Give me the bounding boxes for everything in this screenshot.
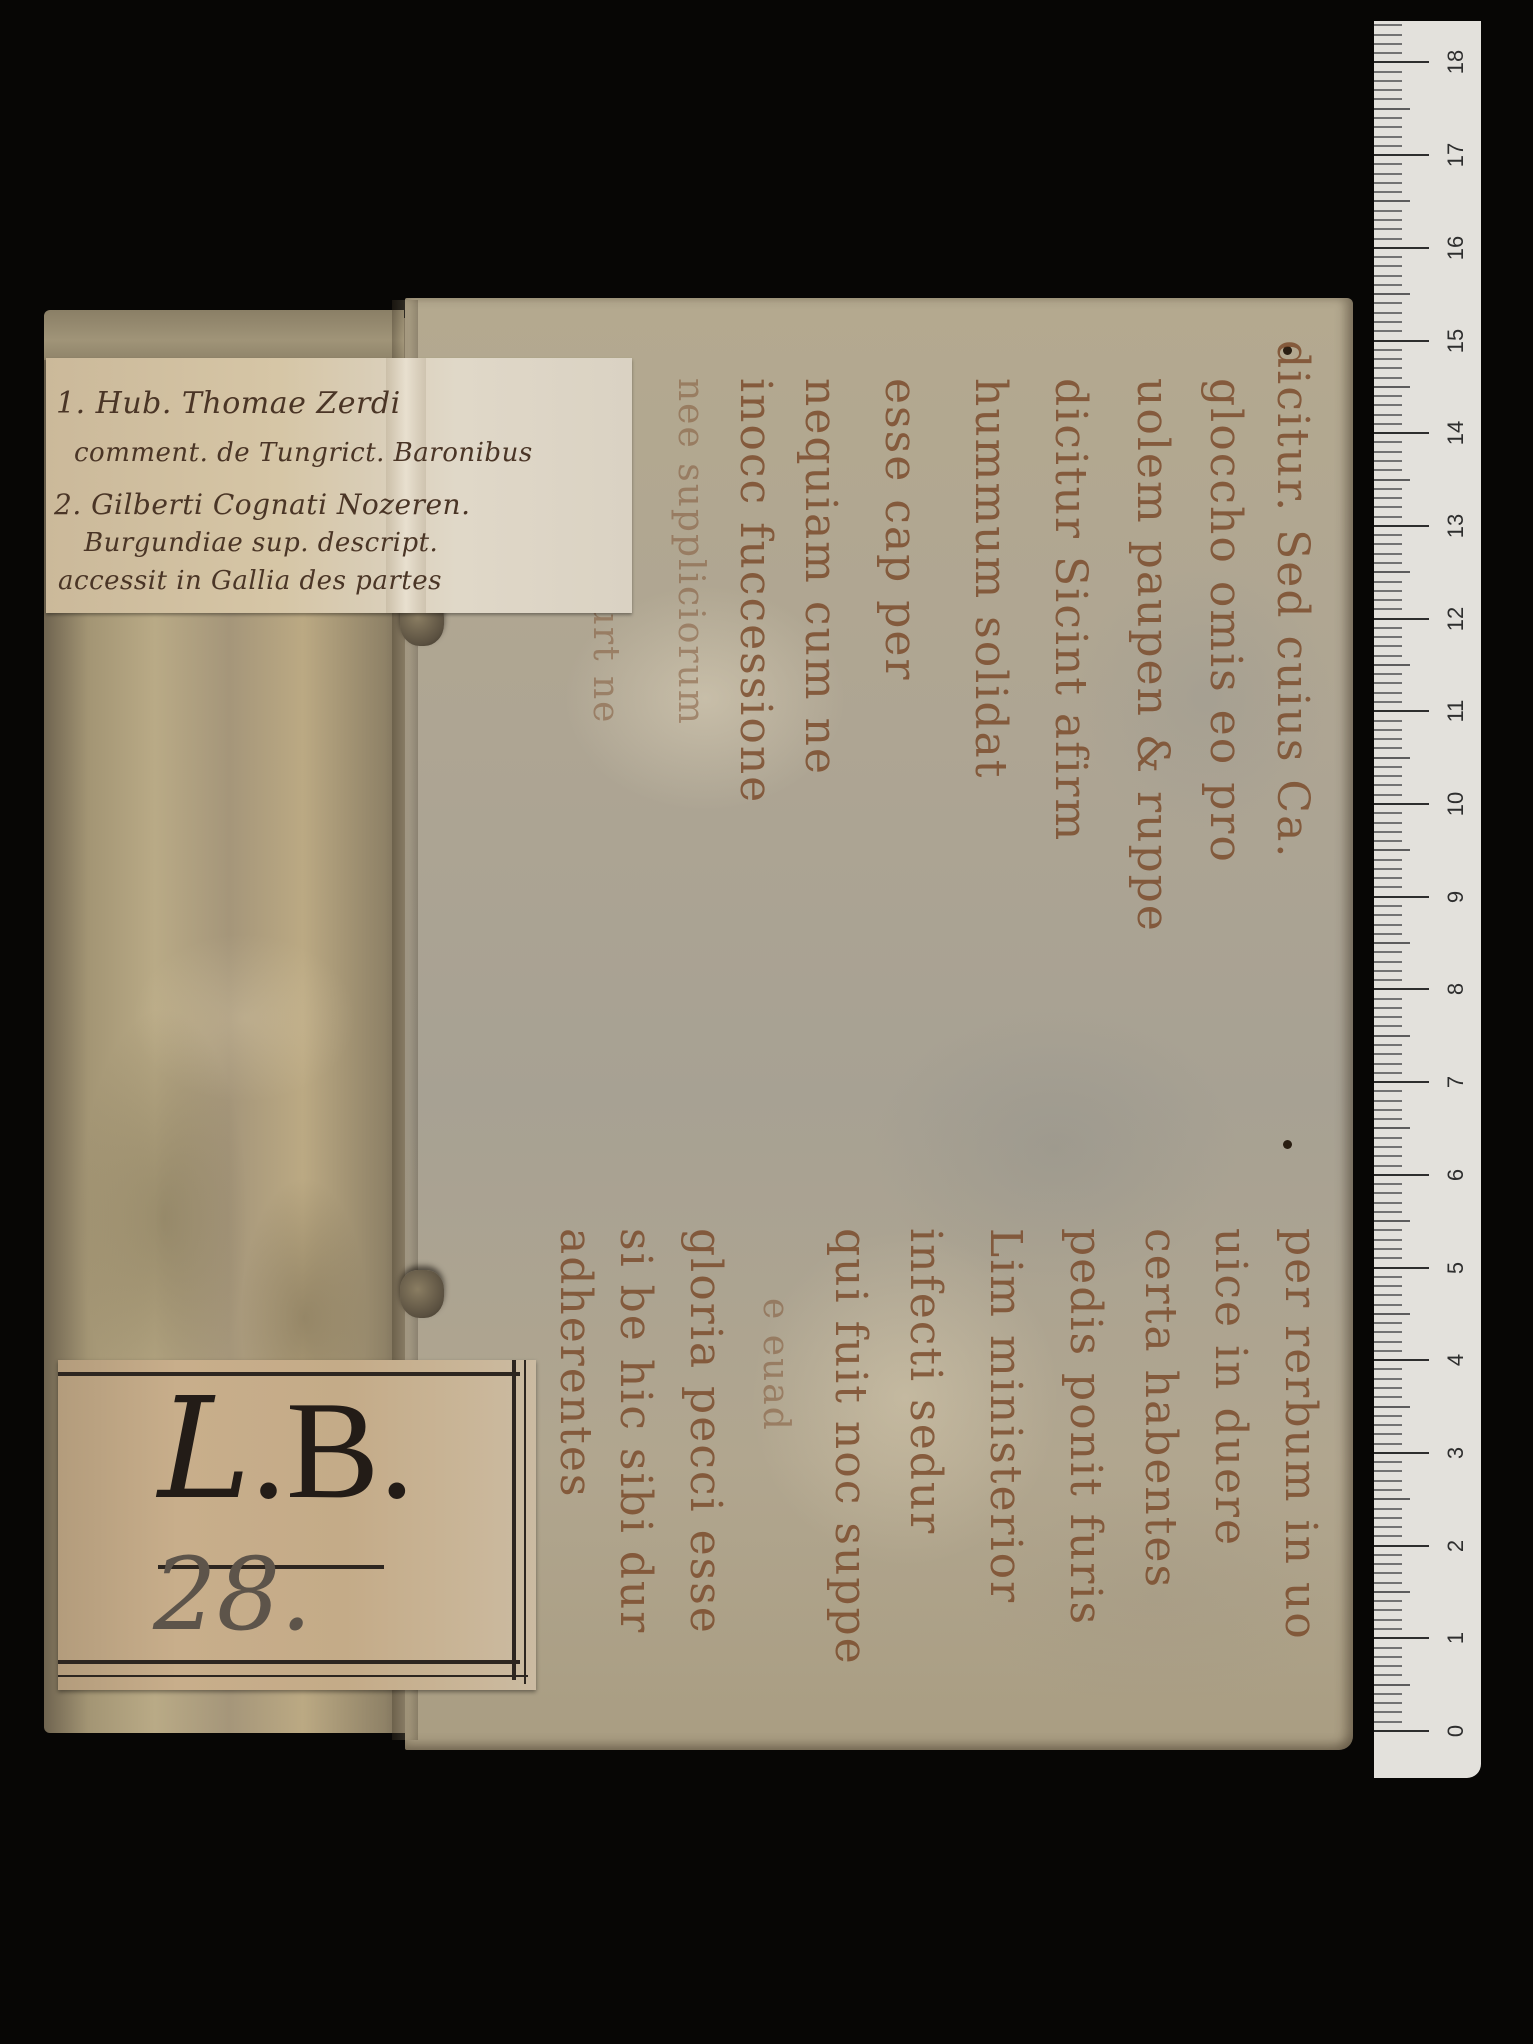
- ruler-tick: [1374, 117, 1402, 119]
- ruler-tick: [1374, 1229, 1402, 1231]
- ruler-tick: [1374, 1341, 1402, 1343]
- ruler-tick: [1374, 1183, 1402, 1185]
- ruler-label: 2: [1443, 1526, 1469, 1566]
- text-column: certa habentes: [1135, 1228, 1186, 1589]
- ruler-tick: [1374, 377, 1402, 379]
- ruler-tick: [1374, 173, 1402, 175]
- ruler-tick: [1374, 1368, 1402, 1370]
- ruler-tick: [1374, 664, 1410, 666]
- ruler-tick: [1374, 1452, 1429, 1454]
- ruler-tick: [1374, 349, 1402, 351]
- ruler-tick: [1374, 599, 1402, 601]
- ruler-tick: [1374, 1489, 1402, 1491]
- ruler-tick: [1374, 1563, 1402, 1565]
- ruler-tick: [1374, 1211, 1402, 1213]
- ruler-tick: [1374, 553, 1402, 555]
- ruler-tick: [1374, 256, 1402, 258]
- border-rule: [524, 1360, 526, 1684]
- ruler-tick: [1374, 1582, 1402, 1584]
- ruler-tick: [1374, 1693, 1402, 1695]
- ruler-label: 11: [1443, 691, 1469, 731]
- ruler-tick: [1374, 52, 1402, 54]
- ruler-tick: [1374, 451, 1402, 453]
- ruler-tick: [1374, 1025, 1402, 1027]
- ruler-tick: [1374, 766, 1402, 768]
- ruler-tick: [1374, 988, 1429, 990]
- ruler-tick: [1374, 395, 1402, 397]
- ruler-tick: [1374, 822, 1402, 824]
- label-line: accessit in Gallia des partes: [58, 566, 442, 596]
- ruler-label: 6: [1443, 1155, 1469, 1195]
- ruler-tick: [1374, 1415, 1402, 1417]
- ruler-label: 3: [1443, 1433, 1469, 1473]
- text-column: dicitur. Sed cuius Ca.: [1267, 340, 1318, 859]
- ruler-tick: [1374, 432, 1429, 434]
- ruler-tick: [1374, 534, 1402, 536]
- ruler-tick: [1374, 340, 1429, 342]
- ruler-tick: [1374, 1647, 1402, 1649]
- ruler-tick: [1374, 1637, 1429, 1639]
- shelfmark-letters: L.B.: [158, 1380, 414, 1521]
- spine-title-label: 1. Hub. Thomae Zerdi comment. de Tungric…: [46, 358, 632, 613]
- ruler-tick: [1374, 1137, 1402, 1139]
- period: .: [251, 1373, 286, 1528]
- ruler-tick: [1374, 961, 1402, 963]
- ruler-tick: [1374, 238, 1402, 240]
- ruler-tick: [1374, 970, 1402, 972]
- ruler-tick: [1374, 61, 1429, 63]
- ruler-tick: [1374, 905, 1402, 907]
- ruler-tick: [1374, 849, 1410, 851]
- border-rule: [58, 1675, 528, 1677]
- ruler-tick: [1374, 1118, 1402, 1120]
- ruler-tick: [1374, 247, 1429, 249]
- shelfmark-label: L.B. 28.: [58, 1360, 536, 1690]
- ruler-tick: [1374, 1684, 1410, 1686]
- ruler-tick: [1374, 1044, 1402, 1046]
- ruler-tick: [1374, 1276, 1402, 1278]
- ruler-tick: [1374, 358, 1402, 360]
- text-column: hummum solidat: [965, 378, 1016, 779]
- text-column: gloria pecci esse: [680, 1228, 731, 1635]
- letter-b: B: [286, 1373, 379, 1528]
- ruler-tick: [1374, 1081, 1429, 1083]
- text-column: e euad: [755, 1298, 796, 1432]
- ruler-tick: [1374, 24, 1402, 26]
- ruler-tick: [1374, 1702, 1402, 1704]
- ruler-tick: [1374, 367, 1402, 369]
- text-column: uolem paupen & ruppe: [1127, 378, 1178, 933]
- ruler-label: 14: [1443, 413, 1469, 453]
- ruler-tick: [1374, 43, 1402, 45]
- ruler-tick: [1374, 673, 1402, 675]
- ruler-tick: [1374, 228, 1402, 230]
- ruler-tick: [1374, 1239, 1402, 1241]
- ruler-tick: [1374, 627, 1402, 629]
- ruler-tick: [1374, 1480, 1402, 1482]
- ruler-tick: [1374, 1220, 1410, 1222]
- ruler-label: 8: [1443, 969, 1469, 1009]
- ruler-tick: [1374, 219, 1402, 221]
- ruler-tick: [1374, 1730, 1429, 1732]
- period: .: [379, 1373, 414, 1528]
- text-column: nee suppliciorum: [670, 378, 711, 726]
- ruler-tick: [1374, 692, 1402, 694]
- ruler-tick: [1374, 1100, 1402, 1102]
- ruler-tick: [1374, 812, 1402, 814]
- ruler-tick: [1374, 1313, 1410, 1315]
- ruler-tick: [1374, 460, 1402, 462]
- ruler-tick: [1374, 1248, 1402, 1250]
- ruler-tick: [1374, 1174, 1429, 1176]
- ruler-tick: [1374, 636, 1402, 638]
- ruler-tick: [1374, 321, 1402, 323]
- ruler-tick: [1374, 562, 1402, 564]
- ruler-tick: [1374, 126, 1402, 128]
- text-column: gloccho omis eo pro: [1200, 378, 1251, 864]
- ruler-tick: [1374, 1591, 1410, 1593]
- ruler-tick: [1374, 163, 1402, 165]
- ruler-tick: [1374, 1711, 1402, 1713]
- ruler-tick: [1374, 284, 1402, 286]
- ruler-tick: [1374, 581, 1402, 583]
- ruler-tick: [1374, 979, 1402, 981]
- ruler-tick: [1374, 1035, 1410, 1037]
- border-rule: [512, 1360, 516, 1680]
- label-line: comment. de Tungrict. Baronibus: [74, 438, 533, 468]
- ruler-tick: [1374, 1007, 1402, 1009]
- ruler-tick: [1374, 543, 1402, 545]
- ruler-tick: [1374, 1665, 1402, 1667]
- ruler-tick: [1374, 1267, 1429, 1269]
- text-column: qui fuit noc suppe: [825, 1228, 876, 1666]
- ruler-tick: [1374, 682, 1402, 684]
- ruler-tick: [1374, 886, 1402, 888]
- ruler-tick: [1374, 859, 1402, 861]
- ruler-tick: [1374, 330, 1402, 332]
- ruler-tick: [1374, 618, 1429, 620]
- ruler-tick: [1374, 608, 1402, 610]
- ruler-tick: [1374, 710, 1429, 712]
- ruler-tick: [1374, 1619, 1402, 1621]
- ruler-label: 13: [1443, 506, 1469, 546]
- ruler-tick: [1374, 516, 1402, 518]
- ruler-tick: [1374, 506, 1402, 508]
- ruler-tick: [1374, 1016, 1402, 1018]
- text-column: uice in duere: [1205, 1228, 1256, 1547]
- text-column: infecti sedur: [900, 1228, 951, 1535]
- ruler-tick: [1374, 275, 1402, 277]
- ruler-tick: [1374, 877, 1402, 879]
- ruler-tick: [1374, 497, 1402, 499]
- ruler-tick: [1374, 998, 1402, 1000]
- ruler-label: 18: [1443, 42, 1469, 82]
- ruler-tick: [1374, 1192, 1402, 1194]
- ruler-label: 16: [1443, 228, 1469, 268]
- letter-l: L: [158, 1368, 251, 1531]
- ruler-tick: [1374, 784, 1402, 786]
- ruler-tick: [1374, 1600, 1402, 1602]
- ruler-tick: [1374, 645, 1402, 647]
- ruler-label: 4: [1443, 1340, 1469, 1380]
- ruler-tick: [1374, 1572, 1402, 1574]
- ruler-tick: [1374, 154, 1429, 156]
- ruler-tick: [1374, 701, 1402, 703]
- text-column: adherentes: [550, 1228, 601, 1499]
- text-column: si be hic sibi dur: [610, 1228, 661, 1634]
- ruler-tick: [1374, 386, 1410, 388]
- ruler-tick: [1374, 868, 1402, 870]
- ink-dot: [1283, 1140, 1292, 1149]
- ruler-tick: [1374, 794, 1402, 796]
- label-line: 2. Gilberti Cognati Nozeren.: [54, 488, 471, 521]
- ruler-tick: [1374, 775, 1402, 777]
- ruler-tick: [1374, 1498, 1410, 1500]
- ruler-tick: [1374, 1656, 1402, 1658]
- ruler-tick: [1374, 1526, 1402, 1528]
- ruler-tick: [1374, 1202, 1402, 1204]
- ruler-label: 17: [1443, 135, 1469, 175]
- ruler-tick: [1374, 1053, 1402, 1055]
- ruler-tick: [1374, 1304, 1402, 1306]
- ruler-tick: [1374, 441, 1402, 443]
- text-column: Lim ministerior: [980, 1228, 1031, 1604]
- ruler-tick: [1374, 747, 1402, 749]
- ruler-tick: [1374, 1146, 1402, 1148]
- ruler-tick: [1374, 831, 1402, 833]
- text-column: esse cap per: [875, 378, 926, 682]
- ruler-tick: [1374, 1628, 1402, 1630]
- ruler-label: 15: [1443, 321, 1469, 361]
- shelfmark-number: 28.: [153, 1545, 312, 1645]
- ruler-label: 12: [1443, 599, 1469, 639]
- ruler-tick: [1374, 1674, 1402, 1676]
- cm-ruler: 0123456789101112131415161718: [1374, 21, 1481, 1778]
- label-line: Burgundiae sup. descript.: [84, 528, 438, 558]
- tie-knob-lower: [400, 1270, 444, 1318]
- ruler-tick: [1374, 1257, 1402, 1259]
- spine-top-edge: [44, 310, 404, 360]
- ruler-tick: [1374, 1350, 1402, 1352]
- ruler-tick: [1374, 1378, 1402, 1380]
- ruler-tick: [1374, 729, 1402, 731]
- ruler-tick: [1374, 414, 1402, 416]
- ruler-tick: [1374, 1387, 1402, 1389]
- ruler-tick: [1374, 469, 1402, 471]
- ruler-tick: [1374, 293, 1410, 295]
- ruler-tick: [1374, 80, 1402, 82]
- ruler-tick: [1374, 71, 1402, 73]
- ruler-tick: [1374, 1433, 1402, 1435]
- ruler-tick: [1374, 145, 1402, 147]
- ruler-tick: [1374, 108, 1410, 110]
- ruler-tick: [1374, 590, 1402, 592]
- ruler-tick: [1374, 1322, 1402, 1324]
- ruler-tick: [1374, 34, 1402, 36]
- ruler-tick: [1374, 1165, 1402, 1167]
- ruler-tick: [1374, 312, 1402, 314]
- ruler-tick: [1374, 914, 1402, 916]
- ruler-tick: [1374, 525, 1429, 527]
- ruler-tick: [1374, 1406, 1410, 1408]
- ruler-tick: [1374, 1517, 1402, 1519]
- ruler-tick: [1374, 803, 1429, 805]
- ruler-tick: [1374, 896, 1429, 898]
- ruler-tick: [1374, 210, 1402, 212]
- ruler-label: 10: [1443, 784, 1469, 824]
- ruler-tick: [1374, 191, 1402, 193]
- ruler-tick: [1374, 1470, 1402, 1472]
- ruler-tick: [1374, 571, 1410, 573]
- ruler-tick: [1374, 1294, 1402, 1296]
- ruler-tick: [1374, 1155, 1402, 1157]
- ruler-tick: [1374, 933, 1402, 935]
- ruler-tick: [1374, 1127, 1410, 1129]
- ruler-tick: [1374, 89, 1402, 91]
- ruler-tick: [1374, 655, 1402, 657]
- ruler-tick: [1374, 1443, 1402, 1445]
- ruler-tick: [1374, 1359, 1429, 1361]
- ruler-tick: [1374, 182, 1402, 184]
- label-line: 1. Hub. Thomae Zerdi: [56, 386, 401, 421]
- ruler-tick: [1374, 1063, 1402, 1065]
- ruler-tick: [1374, 404, 1402, 406]
- ruler-label: 1: [1443, 1618, 1469, 1658]
- ruler-tick: [1374, 1090, 1402, 1092]
- ruler-tick: [1374, 200, 1410, 202]
- ruler-tick: [1374, 1508, 1402, 1510]
- ruler-tick: [1374, 757, 1410, 759]
- ruler-tick: [1374, 720, 1402, 722]
- ruler-tick: [1374, 488, 1402, 490]
- ruler-tick: [1374, 1609, 1402, 1611]
- ruler-tick: [1374, 479, 1410, 481]
- text-column: nequiam cum ne: [795, 378, 846, 776]
- ruler-tick: [1374, 1545, 1429, 1547]
- ruler-tick: [1374, 302, 1402, 304]
- ruler-tick: [1374, 423, 1402, 425]
- ruler-label: 5: [1443, 1248, 1469, 1288]
- ruler-tick: [1374, 924, 1402, 926]
- text-column: per rerbum in uo: [1275, 1228, 1326, 1641]
- ruler-tick: [1374, 136, 1402, 138]
- ruler-tick: [1374, 1721, 1402, 1723]
- ruler-tick: [1374, 265, 1402, 267]
- ruler-tick: [1374, 738, 1402, 740]
- ruler-tick: [1374, 840, 1402, 842]
- ruler-tick: [1374, 1396, 1402, 1398]
- ruler-tick: [1374, 1072, 1402, 1074]
- ruler-tick: [1374, 1109, 1402, 1111]
- ruler-label: 0: [1443, 1711, 1469, 1751]
- ruler-tick: [1374, 1554, 1402, 1556]
- ruler-label: 7: [1443, 1062, 1469, 1102]
- ruler-tick: [1374, 942, 1410, 944]
- ruler-tick: [1374, 1424, 1402, 1426]
- border-rule: [58, 1660, 520, 1664]
- ruler-tick: [1374, 1331, 1402, 1333]
- text-column: pedis ponit furis: [1060, 1228, 1111, 1626]
- text-column: inocc fuccessione: [730, 378, 781, 804]
- ruler-label: 9: [1443, 877, 1469, 917]
- ruler-tick: [1374, 1461, 1402, 1463]
- ruler-tick: [1374, 1285, 1402, 1287]
- ruler-tick: [1374, 951, 1402, 953]
- text-column: dicitur Sicint afirm: [1045, 378, 1096, 842]
- ruler-tick: [1374, 98, 1402, 100]
- ruler-tick: [1374, 1535, 1402, 1537]
